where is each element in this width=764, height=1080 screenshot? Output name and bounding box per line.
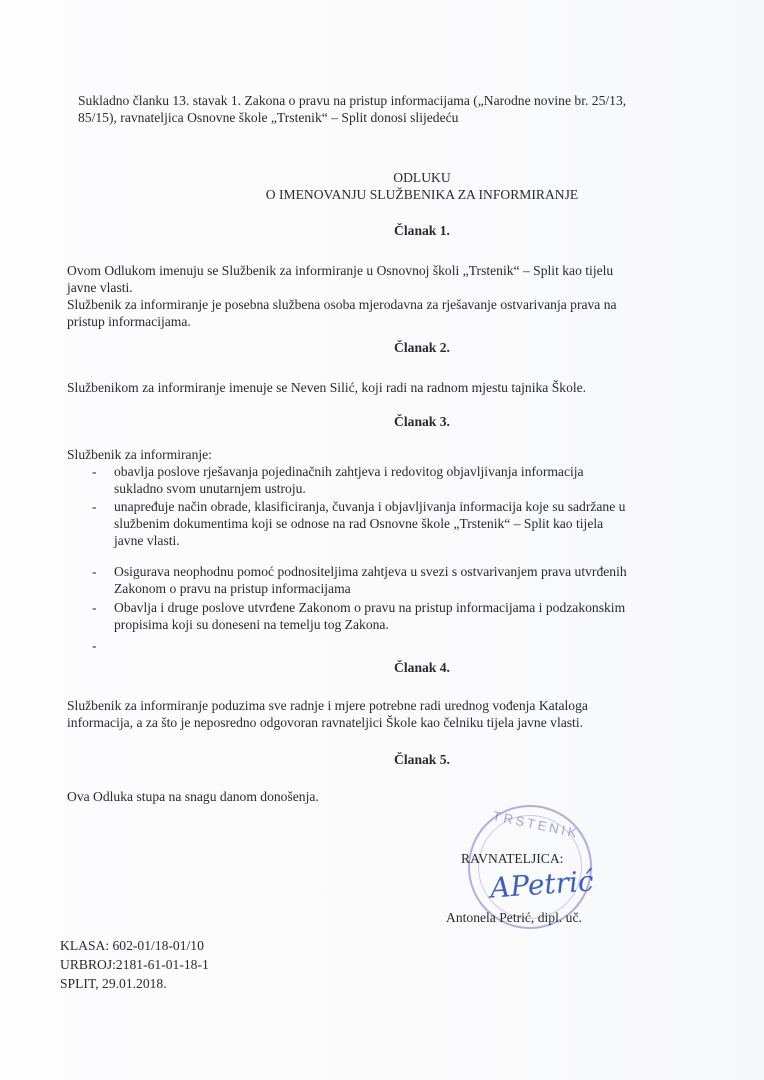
article-1-heading: Članak 1. [0, 223, 764, 239]
article-2-line: Službenikom za informiranje imenuje se N… [67, 380, 586, 396]
article-5-line: Ova Odluka stupa na snagu danom donošenj… [67, 789, 319, 805]
document-title: ODLUKU [0, 170, 764, 186]
list-item: Zakonom o pravu na pristup informacijama [114, 581, 351, 597]
list-item: Obavlja i druge poslove utvrđene Zakonom… [114, 600, 625, 616]
article-1-line: Službenik za informiranje je posebna slu… [67, 297, 617, 313]
article-3-intro: Službenik za informiranje: [67, 447, 212, 463]
list-item: sukladno svom unutarnjem ustroju. [114, 481, 306, 497]
list-bullet-dash: - [92, 464, 97, 480]
preamble-line-1: Sukladno članku 13. stavak 1. Zakona o p… [78, 93, 626, 109]
list-bullet-dash: - [92, 564, 97, 580]
list-item: obavlja poslove rješavanja pojedinačnih … [114, 464, 584, 480]
article-4-line: informacija, a za što je neposredno odgo… [67, 715, 583, 731]
list-item: javne vlasti. [114, 533, 180, 549]
signatory-role: RAVNATELJICA: [461, 851, 563, 867]
document-page: Sukladno članku 13. stavak 1. Zakona o p… [0, 0, 764, 1080]
list-item: Osigurava neophodnu pomoć podnositeljima… [114, 564, 627, 580]
signatory-name: Antonela Petrić, dipl. uč. [446, 910, 582, 926]
klasa-reference: KLASA: 602-01/18-01/10 [60, 938, 204, 954]
article-2-heading: Članak 2. [0, 340, 764, 356]
place-date: SPLIT, 29.01.2018. [60, 976, 167, 992]
article-4-heading: Članak 4. [0, 660, 764, 676]
article-1-line: pristup informacijama. [67, 314, 191, 330]
article-4-line: Službenik za informiranje poduzima sve r… [67, 698, 588, 714]
urbroj-reference: URBROJ:2181-61-01-18-1 [60, 957, 209, 973]
preamble-line-2: 85/15), ravnateljica Osnovne škole „Trst… [78, 110, 458, 126]
document-subtitle: O IMENOVANJU SLUŽBENIKA ZA INFORMIRANJE [0, 187, 764, 203]
list-bullet-dash: - [92, 600, 97, 616]
list-item: propisima koji su doneseni na temelju to… [114, 617, 389, 633]
list-bullet-dash: - [92, 499, 97, 515]
article-5-heading: Članak 5. [0, 752, 764, 768]
article-1-line: Ovom Odlukom imenuju se Službenik za inf… [67, 263, 613, 279]
list-item: unapređuje način obrade, klasificiranja,… [114, 499, 625, 515]
list-bullet-dash: - [92, 638, 97, 654]
article-3-heading: Članak 3. [0, 414, 764, 430]
list-item: službenim dokumentima koji se odnose na … [114, 516, 603, 532]
article-1-line: javne vlasti. [67, 280, 133, 296]
